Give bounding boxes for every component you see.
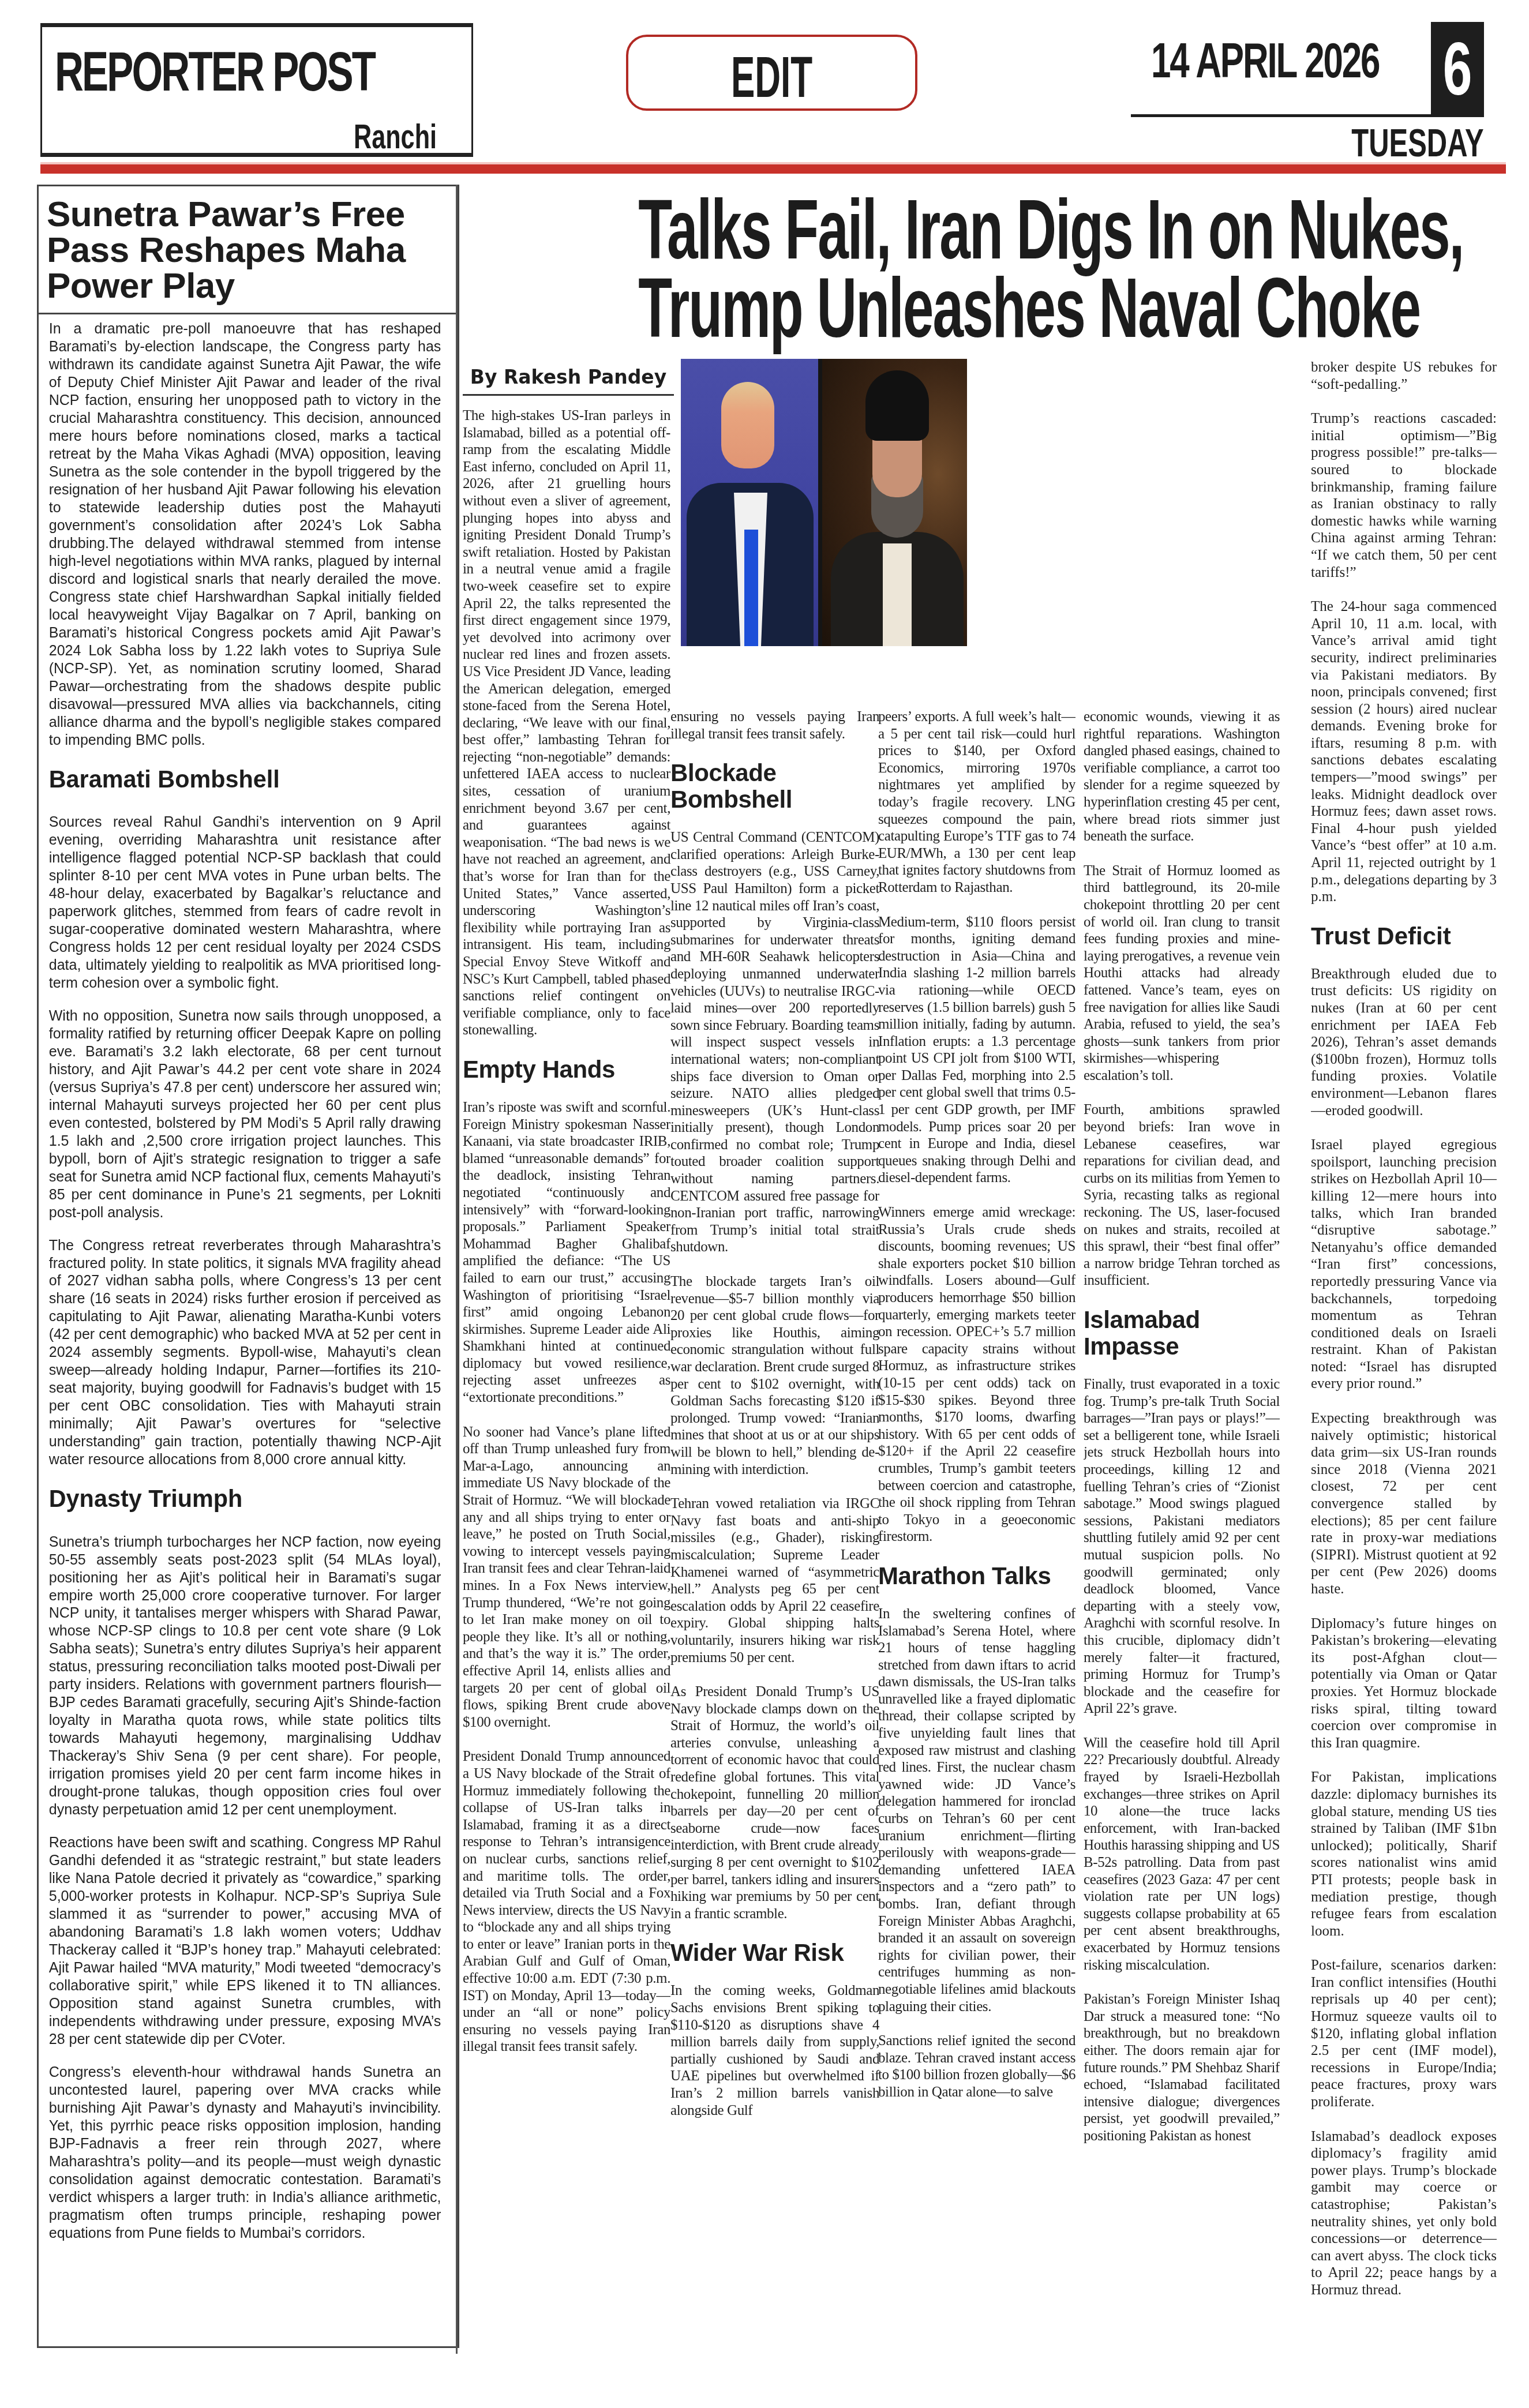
paragraph: Breakthrough eluded due to trust deficit… <box>1311 966 1497 1119</box>
newspaper-name[interactable]: REPORTER POST <box>55 44 374 100</box>
collar-shape <box>883 543 912 646</box>
masthead: REPORTER POST Ranchi EDIT 14 APRIL 2026 … <box>0 0 1529 179</box>
paragraph: Will the ceasefire hold till April 22? P… <box>1084 1735 1280 1974</box>
lead-column-2: ensuring no vessels paying Iran illegal … <box>670 708 879 2399</box>
paragraph: In a dramatic pre-poll manoeuvre that ha… <box>49 320 441 749</box>
side-story-headline[interactable]: Sunetra Pawar’s Free Pass Reshapes Maha … <box>47 197 449 304</box>
subheading: Blockade Bombshell <box>670 760 879 813</box>
paragraph: broker despite US rebukes for “soft-peda… <box>1311 359 1497 393</box>
paragraph: The high-stakes US-Iran parleys in Islam… <box>463 407 670 1039</box>
paragraph: For Pakistan, implications dazzle: diplo… <box>1311 1769 1497 1940</box>
paragraph: No sooner had Vance’s plane lifted off t… <box>463 1424 670 1731</box>
subheading: Dynasty Triumph <box>49 1484 441 1513</box>
turban-shape <box>865 370 929 441</box>
lead-headline-line-1: Talks Fail, Iran Digs In on Nukes, <box>638 190 1347 269</box>
paragraph: Finally, trust evaporated in a toxic fog… <box>1084 1376 1280 1717</box>
lead-headline[interactable]: Talks Fail, Iran Digs In on Nukes, Trump… <box>456 190 1529 347</box>
lead-column-3: peers’ exports. A full week’s halt—a 5 p… <box>878 708 1075 2399</box>
side-story-box: Sunetra Pawar’s Free Pass Reshapes Maha … <box>37 185 459 2348</box>
paragraph: As President Donald Trump’s US Navy bloc… <box>670 1683 879 1922</box>
paragraph: The Congress retreat reverberates throug… <box>49 1237 441 1469</box>
page-number: 6 <box>1439 31 1476 106</box>
photo-trump-panel <box>681 359 818 646</box>
byline-rule <box>463 394 674 396</box>
byline: By Rakesh Pandey <box>459 361 677 394</box>
paragraph: Congress’s eleventh-hour withdrawal hand… <box>49 2064 441 2242</box>
issue-date: 14 APRIL 2026 <box>1151 36 1379 85</box>
paragraph: The blockade targets Iran’s oil revenue—… <box>670 1273 879 1478</box>
paragraph: Iran’s riposte was swift and scornful. F… <box>463 1099 670 1406</box>
tie-shape <box>744 530 758 646</box>
paragraph: Sanctions relief ignited the second blaz… <box>878 2032 1075 2101</box>
section-label: EDIT <box>683 48 860 106</box>
paragraph: Pakistan’s Foreign Minister Ishaq Dar st… <box>1084 1991 1280 2144</box>
subheading: Trust Deficit <box>1311 923 1497 950</box>
paragraph: peers’ exports. A full week’s halt—a 5 p… <box>878 708 1075 897</box>
issue-day: TUESDAY <box>1352 123 1484 163</box>
lead-headline-line-2: Trump Unleashes Naval Choke <box>638 269 1347 347</box>
masthead-red-rule <box>40 164 1506 174</box>
column-divider <box>456 185 458 2354</box>
side-story-header: Sunetra Pawar’s Free Pass Reshapes Maha … <box>39 186 458 314</box>
lead-column-4: economic wounds, viewing it as rightful … <box>1084 708 1280 2399</box>
paragraph: US Central Command (CENTCOM) clarified o… <box>670 829 879 1256</box>
paragraph: President Donald Trump announced a US Na… <box>463 1748 670 2056</box>
subheading: Baramati Bombshell <box>49 764 441 794</box>
paragraph: ensuring no vessels paying Iran illegal … <box>670 708 879 742</box>
subheading: Islamabad Impasse <box>1084 1307 1280 1360</box>
paragraph: Israel played egregious spoilsport, laun… <box>1311 1137 1497 1393</box>
subheading: Marathon Talks <box>878 1563 1075 1589</box>
byline-box: By Rakesh Pandey <box>459 361 677 396</box>
paragraph: Fourth, ambitions sprawled beyond briefs… <box>1084 1101 1280 1289</box>
edition-city: Ranchi <box>354 119 437 154</box>
paragraph: Winners emerge amid wreckage: Russia’s U… <box>878 1204 1075 1546</box>
paragraph: In the sweltering confines of Islamabad’… <box>878 1606 1075 2015</box>
paragraph: Post-failure, scenarios darken: Iran con… <box>1311 1957 1497 2110</box>
paragraph: Reactions have been swift and scathing. … <box>49 1834 441 2049</box>
lead-photo[interactable] <box>681 359 967 646</box>
subheading: Empty Hands <box>463 1056 670 1083</box>
paragraph: With no opposition, Sunetra now sails th… <box>49 1007 441 1222</box>
paragraph: The 24-hour saga commenced April 10, 11 … <box>1311 598 1497 906</box>
brand-box: REPORTER POST Ranchi <box>40 23 473 157</box>
paragraph: Expecting breakthrough was naively optim… <box>1311 1410 1497 1598</box>
photo-separator <box>818 359 822 646</box>
paragraph: Medium-term, $110 floors persist for mon… <box>878 914 1075 1187</box>
paragraph: The Strait of Hormuz loomed as third bat… <box>1084 862 1280 1085</box>
lead-column-1: The high-stakes US-Iran parleys in Islam… <box>463 407 670 2398</box>
page-number-box: 6 <box>1431 22 1484 115</box>
lead-column-5: broker despite US rebukes for “soft-peda… <box>1311 359 1497 2355</box>
paragraph: Sunetra’s triumph turbocharges her NCP f… <box>49 1533 441 1820</box>
paragraph: In the coming weeks, Goldman Sachs envis… <box>670 1982 879 2119</box>
subheading: Wider War Risk <box>670 1940 879 1966</box>
face-shape <box>721 382 774 468</box>
paragraph: Tehran vowed retaliation via IRGC Navy f… <box>670 1495 879 1666</box>
side-story-body: In a dramatic pre-poll manoeuvre that ha… <box>39 314 451 2242</box>
paragraph: economic wounds, viewing it as rightful … <box>1084 708 1280 845</box>
paragraph: Diplomacy’s future hinges on Pakistan’s … <box>1311 1615 1497 1752</box>
date-rule-divider <box>1131 114 1484 117</box>
paragraph: Islamabad’s deadlock exposes diplomacy’s… <box>1311 2128 1497 2299</box>
paragraph: Sources reveal Rahul Gandhi’s interventi… <box>49 813 441 992</box>
section-badge[interactable]: EDIT <box>626 35 917 111</box>
paragraph: Trump’s reactions cascaded: initial opti… <box>1311 410 1497 581</box>
